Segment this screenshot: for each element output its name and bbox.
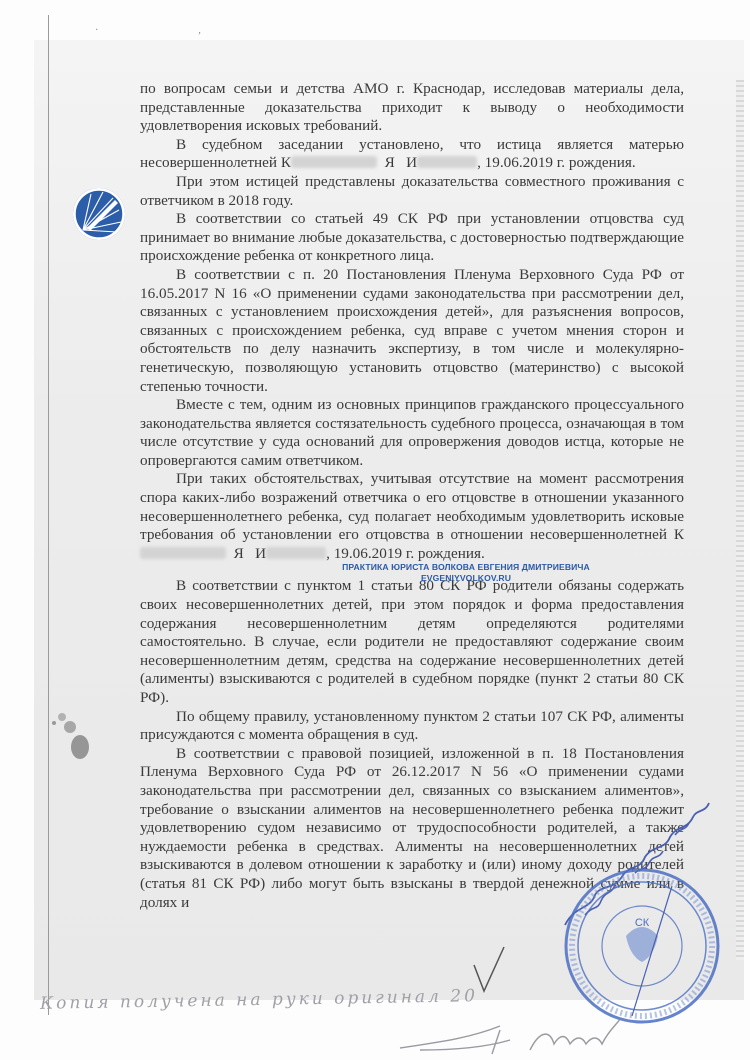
ink-smudge-icon — [40, 705, 100, 765]
official-round-stamp-icon: СК — [562, 866, 722, 1026]
document-body: по вопросам семьи и детства АМО г. Красн… — [140, 80, 684, 912]
scan-specks: · , — [95, 25, 201, 36]
paragraph-0: по вопросам семьи и детства АМО г. Красн… — [140, 80, 684, 136]
paragraph-7: В соответствии с пунктом 1 статьи 80 СК … — [140, 577, 684, 707]
paragraph-8: По общему правилу, установленному пункто… — [140, 708, 684, 745]
paragraph-4: В соответствии с п. 20 Постановления Пле… — [140, 266, 684, 396]
redacted-name — [291, 156, 377, 168]
redacted-name — [140, 547, 226, 559]
paragraph-3: В соответствии со статьей 49 СК РФ при у… — [140, 210, 684, 266]
watermark-url: EVGENIYVOLKOV.RU — [316, 573, 616, 584]
paragraph-2: При этом истицей представлены доказатель… — [140, 173, 684, 210]
paragraph-5: Вместе с тем, одним из основных принципо… — [140, 396, 684, 470]
page-margin-line — [48, 15, 49, 1015]
svg-text:СК: СК — [635, 917, 650, 929]
redacted-name — [266, 547, 326, 559]
handwritten-signature-bottom-icon — [380, 1020, 720, 1060]
paragraph-6: При таких обстоятельствах, учитывая отсу… — [140, 470, 684, 563]
pen-circle-logo-icon — [73, 188, 125, 240]
redacted-name — [417, 156, 477, 168]
practice-watermark: ПРАКТИКА ЮРИСТА ВОЛКОВА ЕВГЕНИЯ ДМИТРИЕВ… — [316, 562, 616, 584]
paragraph-1: В судебном заседании установлено, что ис… — [140, 136, 684, 173]
watermark-title: ПРАКТИКА ЮРИСТА ВОЛКОВА ЕВГЕНИЯ ДМИТРИЕВ… — [316, 562, 616, 573]
